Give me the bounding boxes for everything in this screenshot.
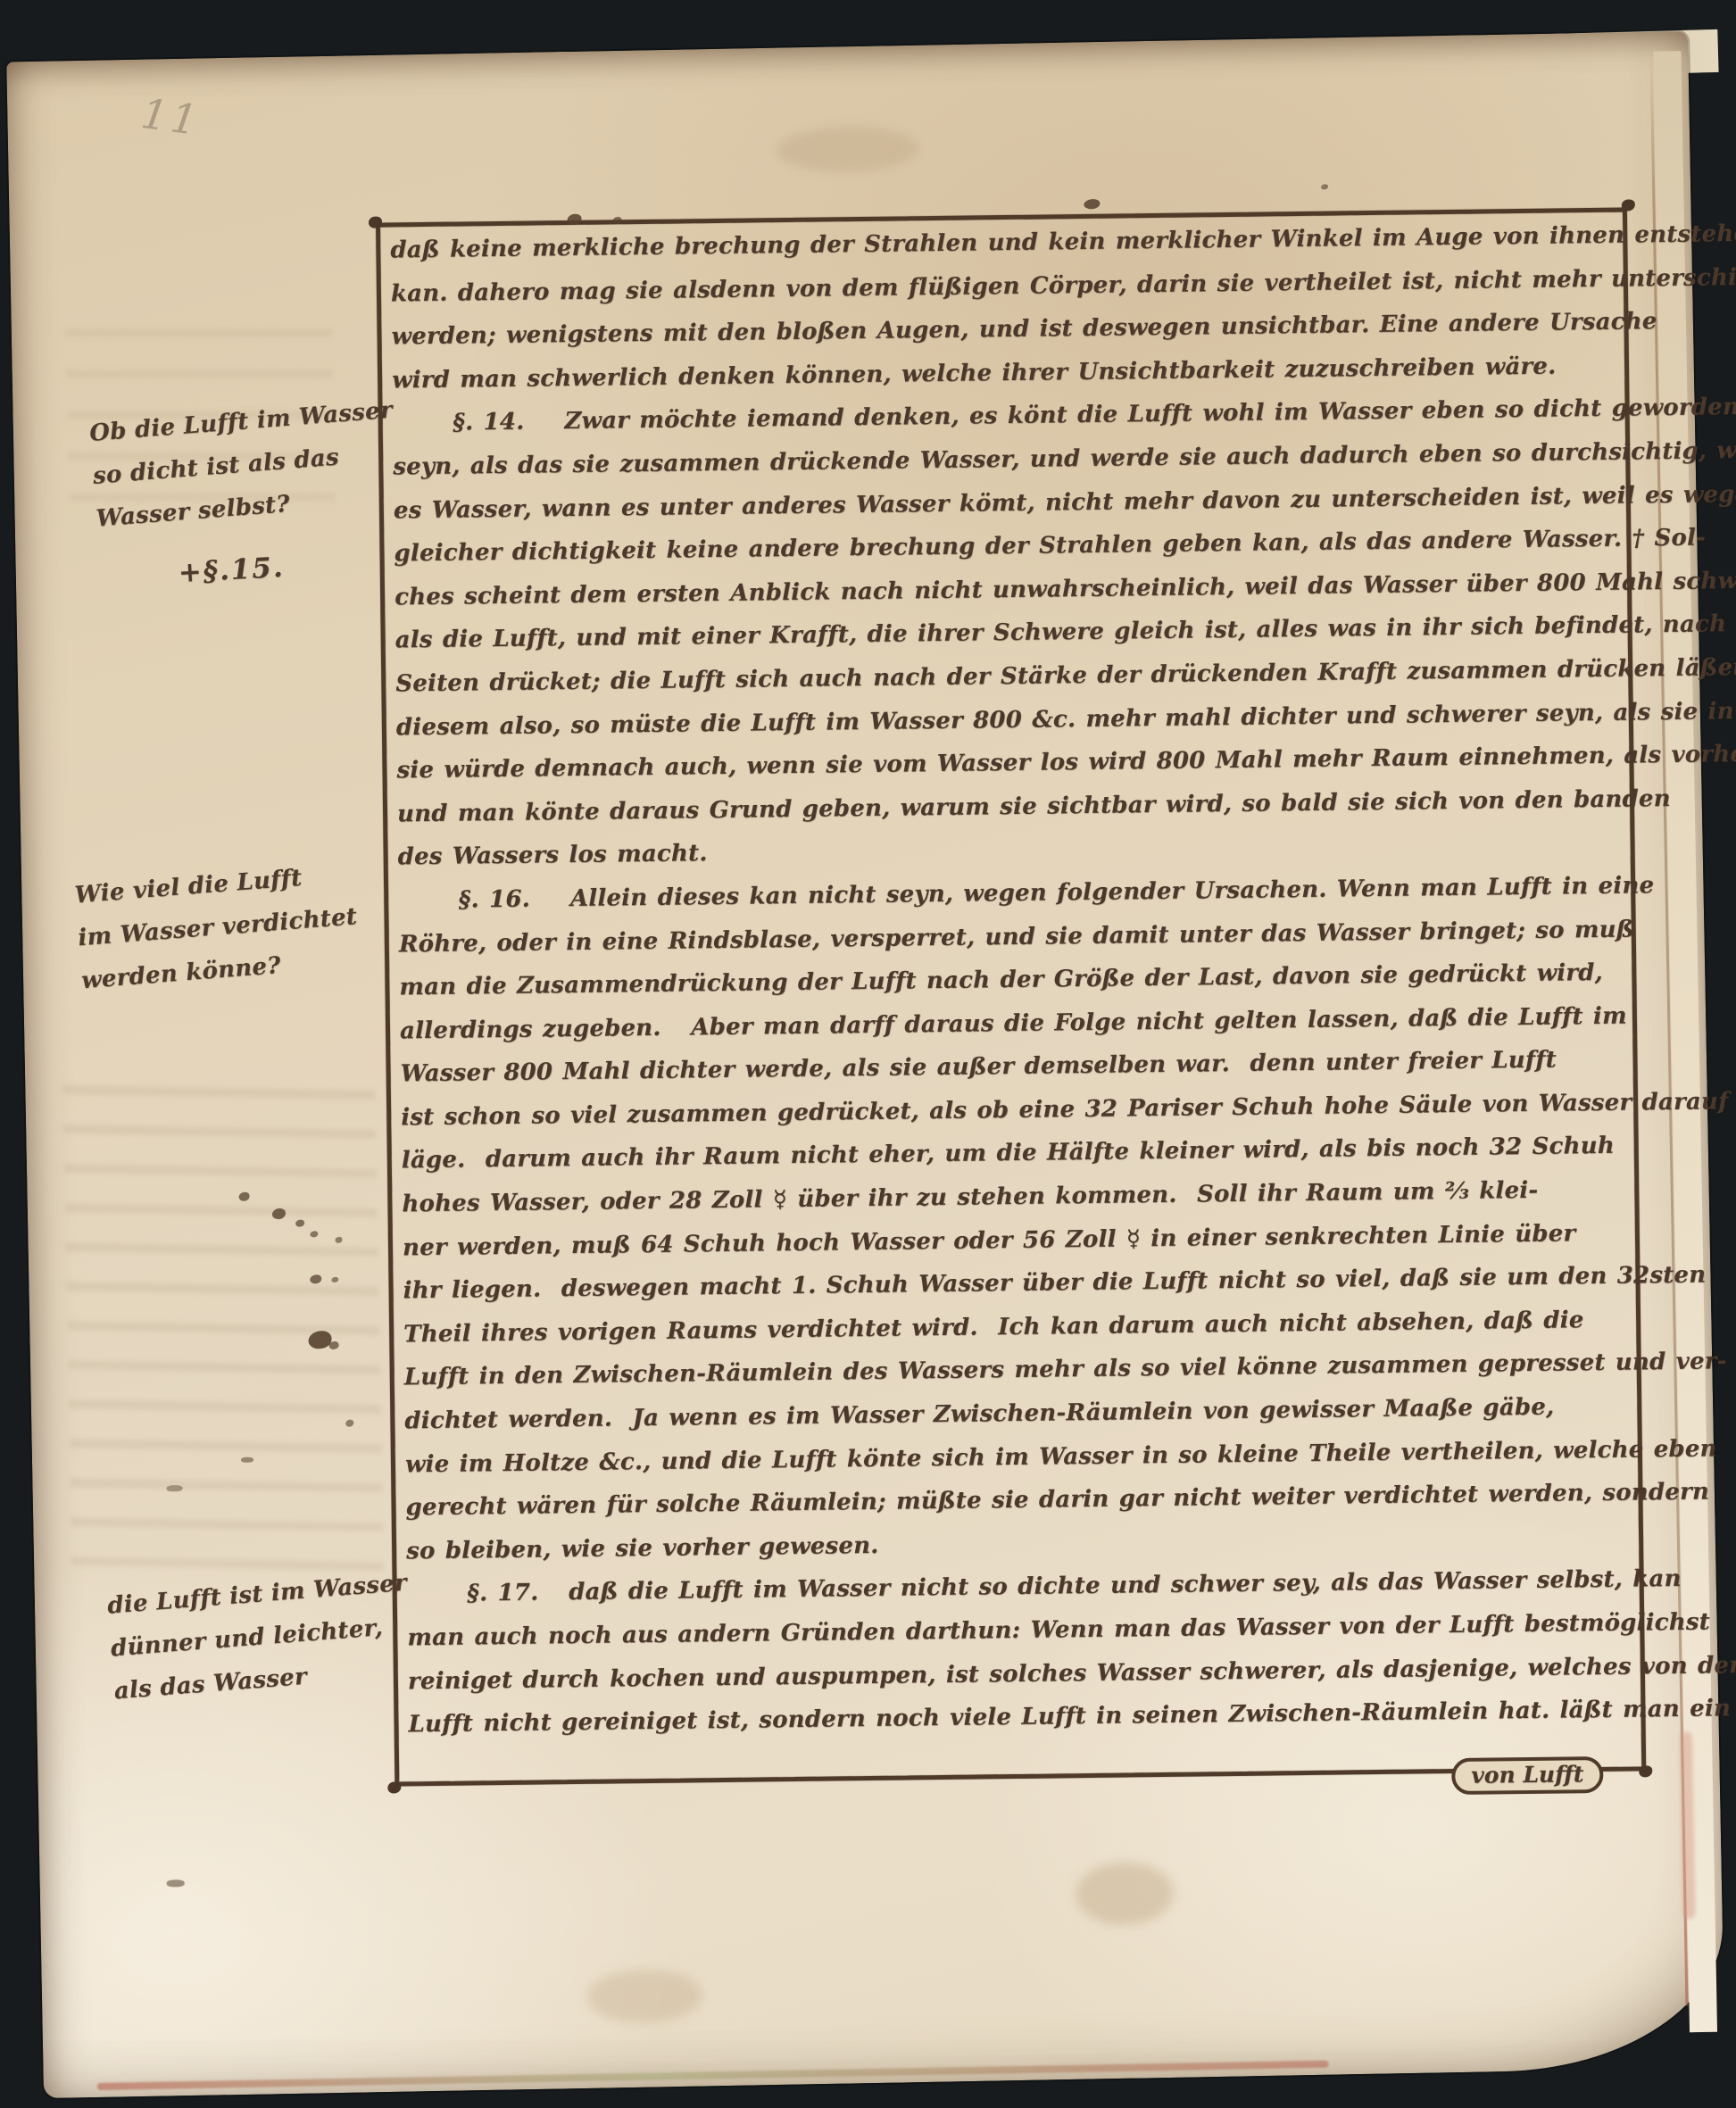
manuscript-page: 11 Ob die Lufft im Wasser so dicht ist a… [6,31,1725,2098]
catchword: von Lufft [1451,1756,1604,1795]
margin-note-air-density-question: Ob die Lufft im Wasser so dicht ist als … [87,389,401,541]
ink-blot [167,1485,183,1491]
manuscript-text: daß keine merkliche brechung der Strahle… [390,222,1633,1755]
ink-showthrough-smudge [62,1073,385,1596]
frame-corner-dot [1622,199,1635,211]
paper-stain [1075,1862,1174,1926]
ink-blot [1321,184,1328,189]
manuscript-frame: daß keine merkliche brechung der Strahle… [376,208,1646,1787]
section-15-marker: +§.15. [178,552,286,589]
frame-corner-dot [1639,1765,1652,1777]
frame-corner-dot [387,1781,401,1793]
margin-note-air-lighter-statement: die Lufft ist im Wasser dünner und leich… [106,1562,416,1714]
ink-blot [241,1457,253,1463]
paper-stain [776,126,919,173]
paper-stain [586,1969,703,2024]
page-bottom-edge-tint [97,2061,1329,2090]
pencil-foliation-mark: 11 [138,89,204,145]
margin-note-compression-question: Wie viel die Lufft im Wasser verdichtet … [73,852,362,1002]
ink-blot [167,1880,185,1887]
ink-blot [1084,199,1100,209]
